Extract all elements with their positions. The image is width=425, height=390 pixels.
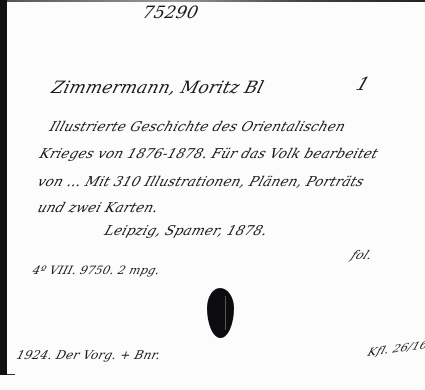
card-left-edge — [0, 0, 7, 375]
title-line-1: Illustrierte Geschichte des Orientalisch… — [47, 119, 347, 135]
author-heading: Zimmermann, Moritz Bl — [49, 78, 266, 98]
imprint: Leipzig, Spamer, 1878. — [102, 223, 269, 239]
call-number: 4º VIII. 9750. 2 mpg. — [31, 263, 161, 277]
title-line-4: und zwei Karten. — [35, 200, 160, 216]
punch-hole — [207, 288, 234, 338]
card-edge-notch — [7, 374, 15, 375]
title-line-2: Krieges von 1876-1878. Für das Volk bear… — [37, 146, 380, 162]
card-top-edge — [7, 0, 425, 2]
cataloger-initials: fol. — [349, 248, 376, 262]
volume-mark: 1 — [353, 74, 372, 95]
acquisition-note: 1924. Der Vorg. + Bnr. — [15, 348, 162, 362]
catalog-card: 75290 Zimmermann, Moritz Bl 1 Illustrier… — [0, 0, 425, 390]
date-note: Kfl. 26/16. 24 — [366, 335, 425, 359]
shelf-number: 75290 — [141, 3, 200, 23]
title-line-3: von ... Mit 310 Illustrationen, Plänen, … — [35, 174, 366, 190]
